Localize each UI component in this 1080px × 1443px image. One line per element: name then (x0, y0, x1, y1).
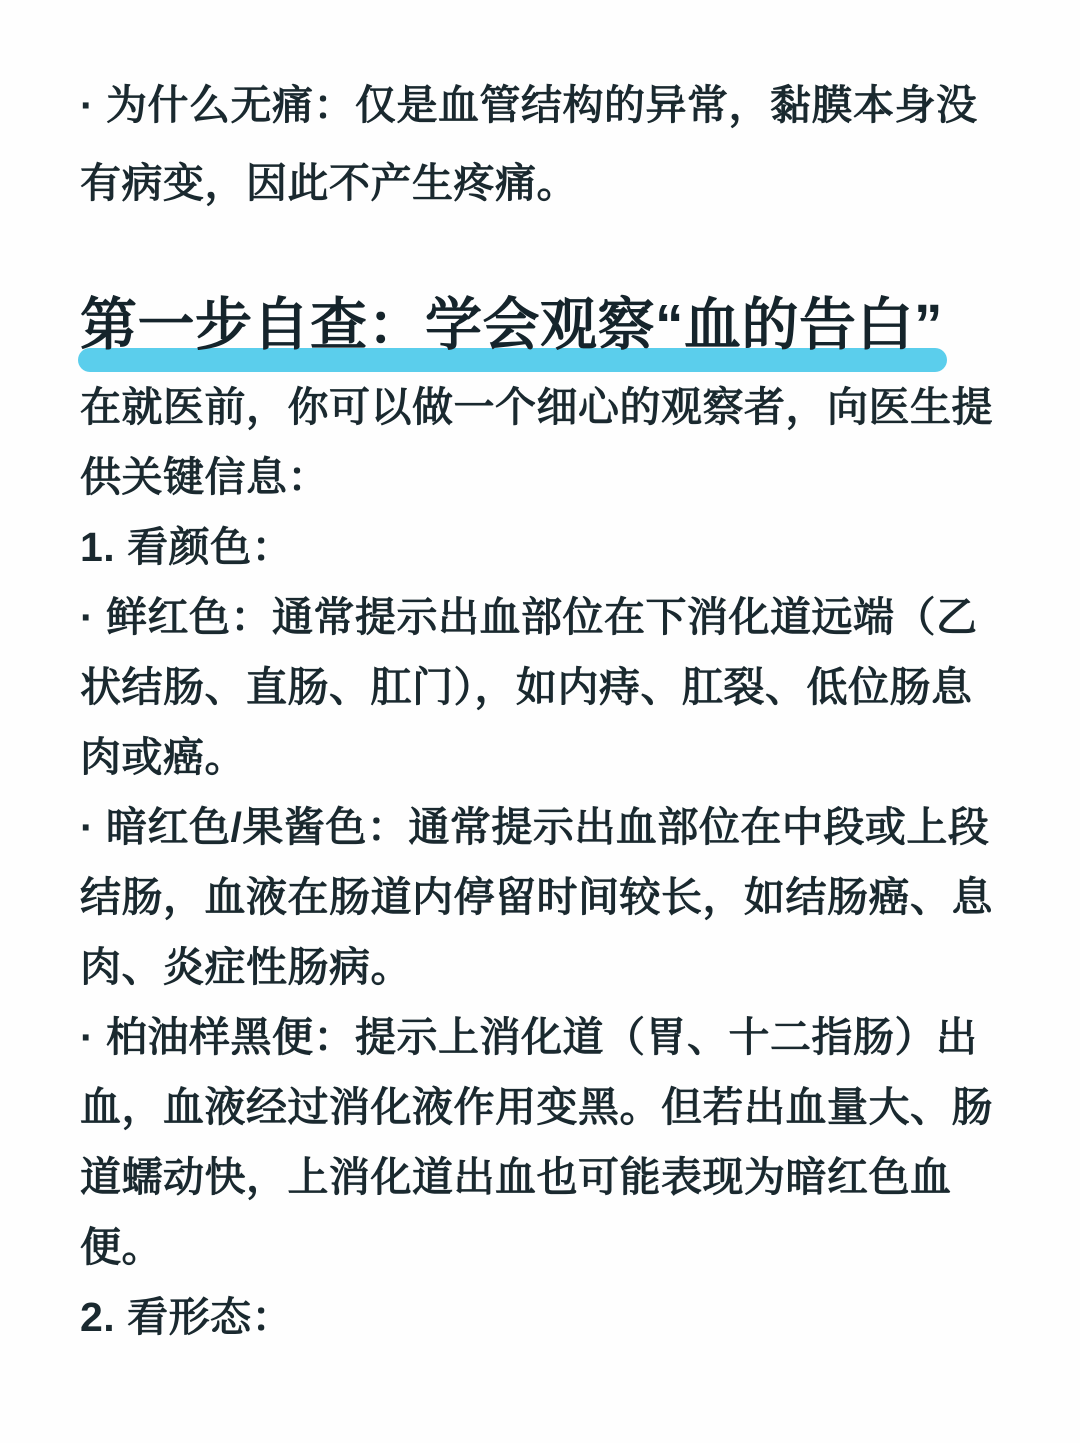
list-title-color: 1. 看颜色： (80, 512, 998, 582)
bullet-dark-red: · 暗红色/果酱色：通常提示出血部位在中段或上段结肠，血液在肠道内停留时间较长，… (80, 792, 998, 1002)
bullet-tarry-black: · 柏油样黑便：提示上消化道（胃、十二指肠）出血，血液经过消化液作用变黑。但若出… (80, 1002, 998, 1282)
intro-bullet-paragraph: · 为什么无痛：仅是血管结构的异常，黏膜本身没有病变，因此不产生疼痛。 (80, 66, 998, 222)
article-body: · 为什么无痛：仅是血管结构的异常，黏膜本身没有病变，因此不产生疼痛。 第一步自… (0, 0, 1080, 1352)
lead-paragraph: 在就医前，你可以做一个细心的观察者，向医生提供关键信息： (80, 372, 998, 512)
section-heading-text: 第一步自查：学会观察“血的告白” (80, 293, 943, 357)
section-heading: 第一步自查：学会观察“血的告白” (80, 294, 943, 356)
list-title-shape: 2. 看形态： (80, 1282, 998, 1352)
bullet-bright-red: · 鲜红色：通常提示出血部位在下消化道远端（乙状结肠、直肠、肛门），如内痔、肛裂… (80, 582, 998, 792)
section-body: 在就医前，你可以做一个细心的观察者，向医生提供关键信息： 1. 看颜色： · 鲜… (80, 372, 998, 1352)
